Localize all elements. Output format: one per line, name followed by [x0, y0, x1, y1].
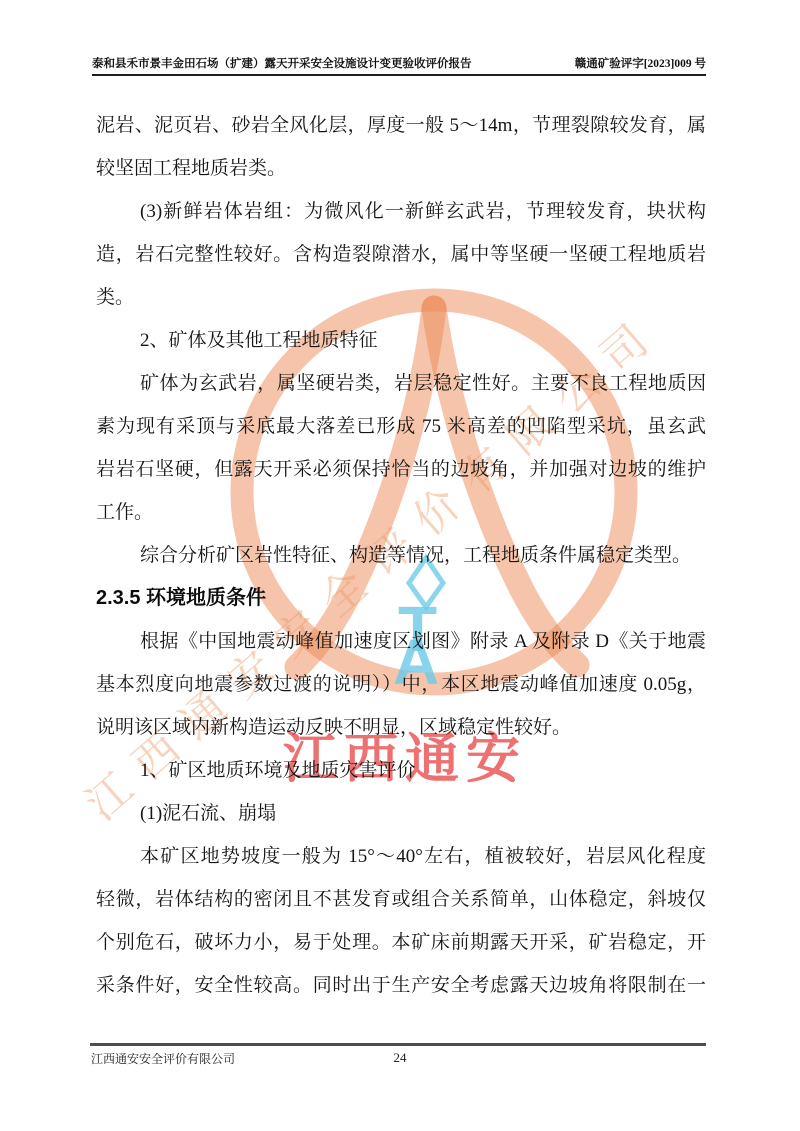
header-divider: [92, 74, 706, 76]
page-header: 泰和县禾市景丰金田石场（扩建）露天开采安全设施设计变更验收评价报告 赣通矿验评字…: [92, 55, 706, 71]
body-line: 1、矿区地质环境及地质灾害评价: [96, 749, 706, 792]
body-line: 根据《中国地震动峰值加速度区划图》附录 A 及附录 D《关于地震: [96, 620, 706, 663]
body-text: 泥岩、泥页岩、砂岩全风化层，厚度一般 5～14m，节理裂隙较发育，属 较坚固工程…: [96, 104, 706, 1007]
header-doc-number: 赣通矿验评字[2023]009 号: [575, 55, 706, 71]
body-line: 综合分析矿区岩性特征、构造等情况，工程地质条件属稳定类型。: [96, 534, 706, 577]
body-line: 素为现有采顶与采底最大落差已形成 75 米高差的凹陷型采坑，虽玄武: [96, 405, 706, 448]
header-report-title: 泰和县禾市景丰金田石场（扩建）露天开采安全设施设计变更验收评价报告: [92, 55, 472, 71]
body-line: 矿体为玄武岩，属坚硬岩类，岩层稳定性好。主要不良工程地质因: [96, 362, 706, 405]
page-content: 泰和县禾市景丰金田石场（扩建）露天开采安全设施设计变更验收评价报告 赣通矿验评字…: [0, 0, 800, 1131]
body-line: (3)新鲜岩体岩组：为微风化一新鲜玄武岩，节理较发育，块状构: [96, 190, 706, 233]
body-line: 本矿区地势坡度一般为 15°～40°左右，植被较好，岩层风化程度: [96, 835, 706, 878]
body-line: 泥岩、泥页岩、砂岩全风化层，厚度一般 5～14m，节理裂隙较发育，属: [96, 104, 706, 147]
footer-divider: [90, 1043, 706, 1046]
body-line: 工作。: [96, 491, 706, 534]
body-line: 较坚固工程地质岩类。: [96, 147, 706, 190]
body-line: 采条件好，安全性较高。同时出于生产安全考虑露天边坡角将限制在一: [96, 964, 706, 1007]
body-line: (1)泥石流、崩塌: [96, 792, 706, 835]
body-line: 基本烈度向地震参数过渡的说明））中，本区地震动峰值加速度 0.05g，: [96, 663, 706, 706]
body-line: 说明该区域内新构造运动反映不明显，区域稳定性较好。: [96, 706, 706, 749]
footer-page-number: 24: [0, 1050, 800, 1066]
body-line: 轻微，岩体结构的密闭且不甚发育或组合关系简单，山体稳定，斜坡仅: [96, 878, 706, 921]
section-heading-2-3-5: 2.3.5 环境地质条件: [96, 577, 706, 620]
body-line: 个别危石，破坏力小，易于处理。本矿床前期露天开采，矿岩稳定，开: [96, 921, 706, 964]
body-line: 造，岩石完整性较好。含构造裂隙潜水，属中等坚硬一坚硬工程地质岩: [96, 233, 706, 276]
body-line: 岩岩石坚硬，但露天开采必须保持恰当的边坡角，并加强对边坡的维护: [96, 448, 706, 491]
body-line: 类。: [96, 276, 706, 319]
body-line: 2、矿体及其他工程地质特征: [96, 319, 706, 362]
document-page: 江西通安安全评价有限公司 T A 江西通安 泰和县禾市景丰金田石场（扩建）露天开…: [0, 0, 800, 1131]
